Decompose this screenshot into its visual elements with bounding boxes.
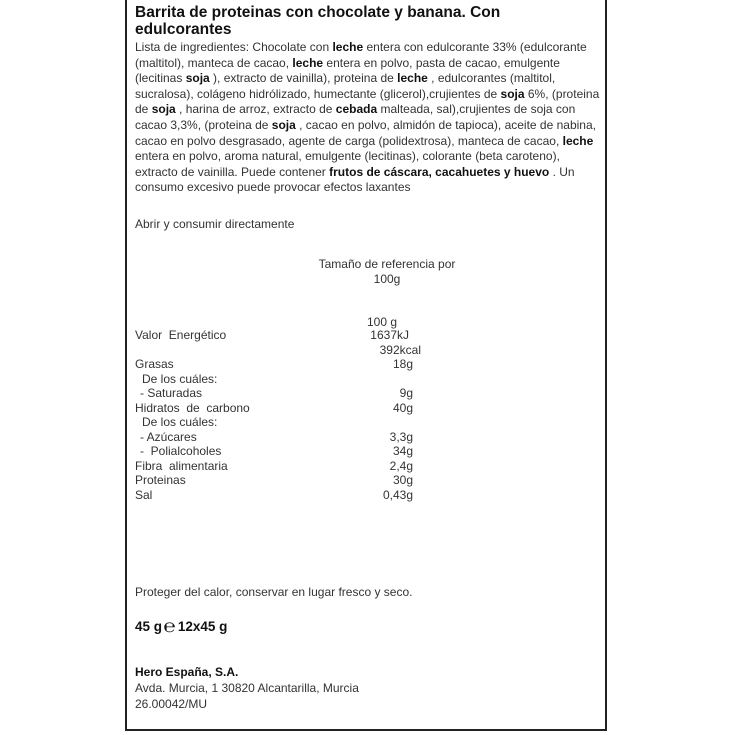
nutrient-value: 3,3g: [390, 430, 413, 445]
nutrient-label: Valor Energético: [135, 328, 226, 343]
nutrient-value: 30g: [393, 473, 413, 488]
nutrient-label: Hidratos de carbono: [135, 401, 250, 416]
company-registry: 26.00042/MU: [135, 696, 359, 712]
nutrient-label: De los cuáles:: [142, 372, 217, 387]
net-weight: 45 g: [135, 619, 162, 634]
nutrient-label: - Saturadas: [140, 386, 202, 401]
company-info: Hero España, S.A. Avda. Murcia, 1 30820 …: [135, 664, 359, 712]
estimated-sign-icon: ℮: [163, 619, 175, 633]
nutrient-label: Sal: [135, 488, 152, 503]
allergen-highlight: frutos de cáscara, cacahuetes y huevo: [329, 165, 549, 179]
ingredient-text: ), extracto de vainilla), proteina de: [210, 71, 397, 85]
nutrition-row: Valor Energético1637kJ: [135, 328, 435, 343]
company-address: Avda. Murcia, 1 30820 Alcantarilla, Murc…: [135, 680, 359, 696]
nutrition-column-header: 100 g: [367, 315, 397, 329]
usage-instructions: Abrir y consumir directamente: [135, 217, 294, 231]
allergen-highlight: leche: [292, 56, 323, 70]
nutrient-value: 1637kJ: [370, 328, 409, 343]
nutrition-row: Grasas18g: [135, 357, 435, 372]
nutrition-row: - Azúcares3,3g: [135, 430, 435, 445]
reference-line-1: Tamaño de referencia por: [307, 257, 467, 272]
storage-instructions: Proteger del calor, conservar en lugar f…: [135, 585, 412, 599]
allergen-highlight: leche: [332, 40, 363, 54]
nutrition-table: Valor Energético1637kJ392kcalGrasas18gDe…: [135, 328, 435, 502]
nutrient-value: 0,43g: [383, 488, 413, 503]
nutrient-label: - Azúcares: [140, 430, 197, 445]
nutrition-row: Sal0,43g: [135, 488, 435, 503]
nutrition-row: De los cuáles:: [135, 415, 435, 430]
allergen-highlight: leche: [563, 134, 594, 148]
nutrient-label: De los cuáles:: [142, 415, 217, 430]
nutrition-row: De los cuáles:: [135, 372, 435, 387]
allergen-highlight: soja: [152, 102, 176, 116]
net-quantity: 45 g ℮ 12x45 g: [135, 619, 227, 634]
nutrient-value: 392kcal: [380, 343, 421, 358]
product-title: Barrita de proteinas con chocolate y ban…: [135, 4, 595, 38]
product-label-frame: Barrita de proteinas con chocolate y ban…: [125, 0, 607, 731]
nutrient-value: 9g: [400, 386, 413, 401]
nutrition-row: Hidratos de carbono40g: [135, 401, 435, 416]
nutrient-label: Proteinas: [135, 473, 186, 488]
nutrient-label: - Polialcoholes: [140, 444, 221, 459]
nutrition-reference-header: Tamaño de referencia por 100g: [307, 257, 467, 287]
nutrient-label: Grasas: [135, 357, 174, 372]
allergen-highlight: cebada: [336, 102, 377, 116]
nutrient-label: Fibra alimentaria: [135, 459, 228, 474]
nutrition-row: Proteinas30g: [135, 473, 435, 488]
nutrient-value: 40g: [393, 401, 413, 416]
nutrient-value: 34g: [393, 444, 413, 459]
nutrition-row: - Polialcoholes34g: [135, 444, 435, 459]
nutrient-value: 18g: [393, 357, 413, 372]
ingredient-text: Lista de ingredientes: Chocolate con: [135, 40, 332, 54]
allergen-highlight: leche: [397, 71, 428, 85]
pack-size: 12x45 g: [178, 619, 228, 634]
nutrition-row: 392kcal: [135, 343, 435, 358]
company-name: Hero España, S.A.: [135, 664, 359, 680]
ingredient-text: , harina de arroz, extracto de: [176, 102, 336, 116]
nutrient-value: 2,4g: [390, 459, 413, 474]
ingredients-list: Lista de ingredientes: Chocolate con lec…: [135, 40, 605, 196]
nutrition-row: - Saturadas9g: [135, 386, 435, 401]
allergen-highlight: soja: [272, 118, 296, 132]
allergen-highlight: soja: [501, 87, 525, 101]
reference-line-2: 100g: [307, 272, 467, 287]
nutrition-row: Fibra alimentaria2,4g: [135, 459, 435, 474]
allergen-highlight: soja: [186, 71, 210, 85]
